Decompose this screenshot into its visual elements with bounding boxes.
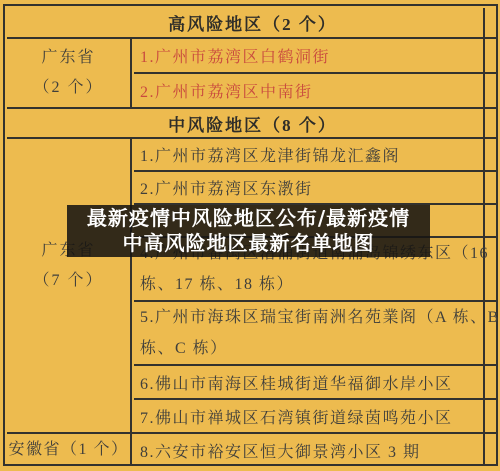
- row-5-line-1: 5.广州市海珠区瑞宝街南洲名苑業阁（A 栋、B: [140, 302, 500, 333]
- medium-risk-row-6: 6.佛山市南海区桂城街道华福御水岸小区: [134, 366, 498, 398]
- row-4-line-2: 栋、17 栋、18 栋）: [140, 269, 294, 300]
- risk-area-table-image: 高风险地区（2 个） 广东省 （2 个） 1.广州市荔湾区白鹤洞街 2.广州市荔…: [0, 0, 500, 471]
- medium-risk-header: 中风险地区（8 个）: [7, 109, 498, 137]
- province-count: （2 个）: [33, 73, 103, 103]
- province-name: 广东省: [41, 43, 95, 73]
- high-risk-header: 高风险地区（2 个）: [7, 8, 498, 37]
- province-cell-guangdong-medium: 广东省 （7 个）: [7, 139, 132, 432]
- province-name: 安徽省（1 个）: [8, 435, 128, 465]
- high-risk-row-2: 2.广州市荔湾区中南街: [134, 74, 498, 107]
- medium-risk-row-5: 5.广州市海珠区瑞宝街南洲名苑業阁（A 栋、B 栋、C 栋）: [134, 302, 498, 364]
- province-cell-guangdong-high: 广东省 （2 个）: [7, 39, 132, 107]
- medium-risk-row-1: 1.广州市荔湾区龙津街锦龙汇鑫阁: [134, 139, 498, 170]
- row-5-line-2: 栋、C 栋）: [140, 333, 228, 364]
- medium-risk-row-2: 2.广州市荔湾区东漖街: [134, 172, 498, 203]
- overlay-title-line-1: 最新疫情中风险地区公布/最新疫情: [87, 206, 410, 231]
- overlay-title-line-2: 中高风险地区最新名单地图: [123, 231, 375, 256]
- seo-title-overlay: 最新疫情中风险地区公布/最新疫情 中高风险地区最新名单地图: [67, 205, 430, 257]
- medium-risk-row-7: 7.佛山市禅城区石湾镇街道绿茵鸣苑小区: [134, 400, 498, 432]
- province-count: （7 个）: [33, 266, 103, 296]
- anhui-risk-row-8: 8.六安市裕安区恒大御景湾小区 3 期: [134, 434, 498, 466]
- high-risk-row-1: 1.广州市荔湾区白鹤洞街: [134, 39, 498, 72]
- province-cell-anhui: 安徽省（1 个）: [7, 434, 132, 466]
